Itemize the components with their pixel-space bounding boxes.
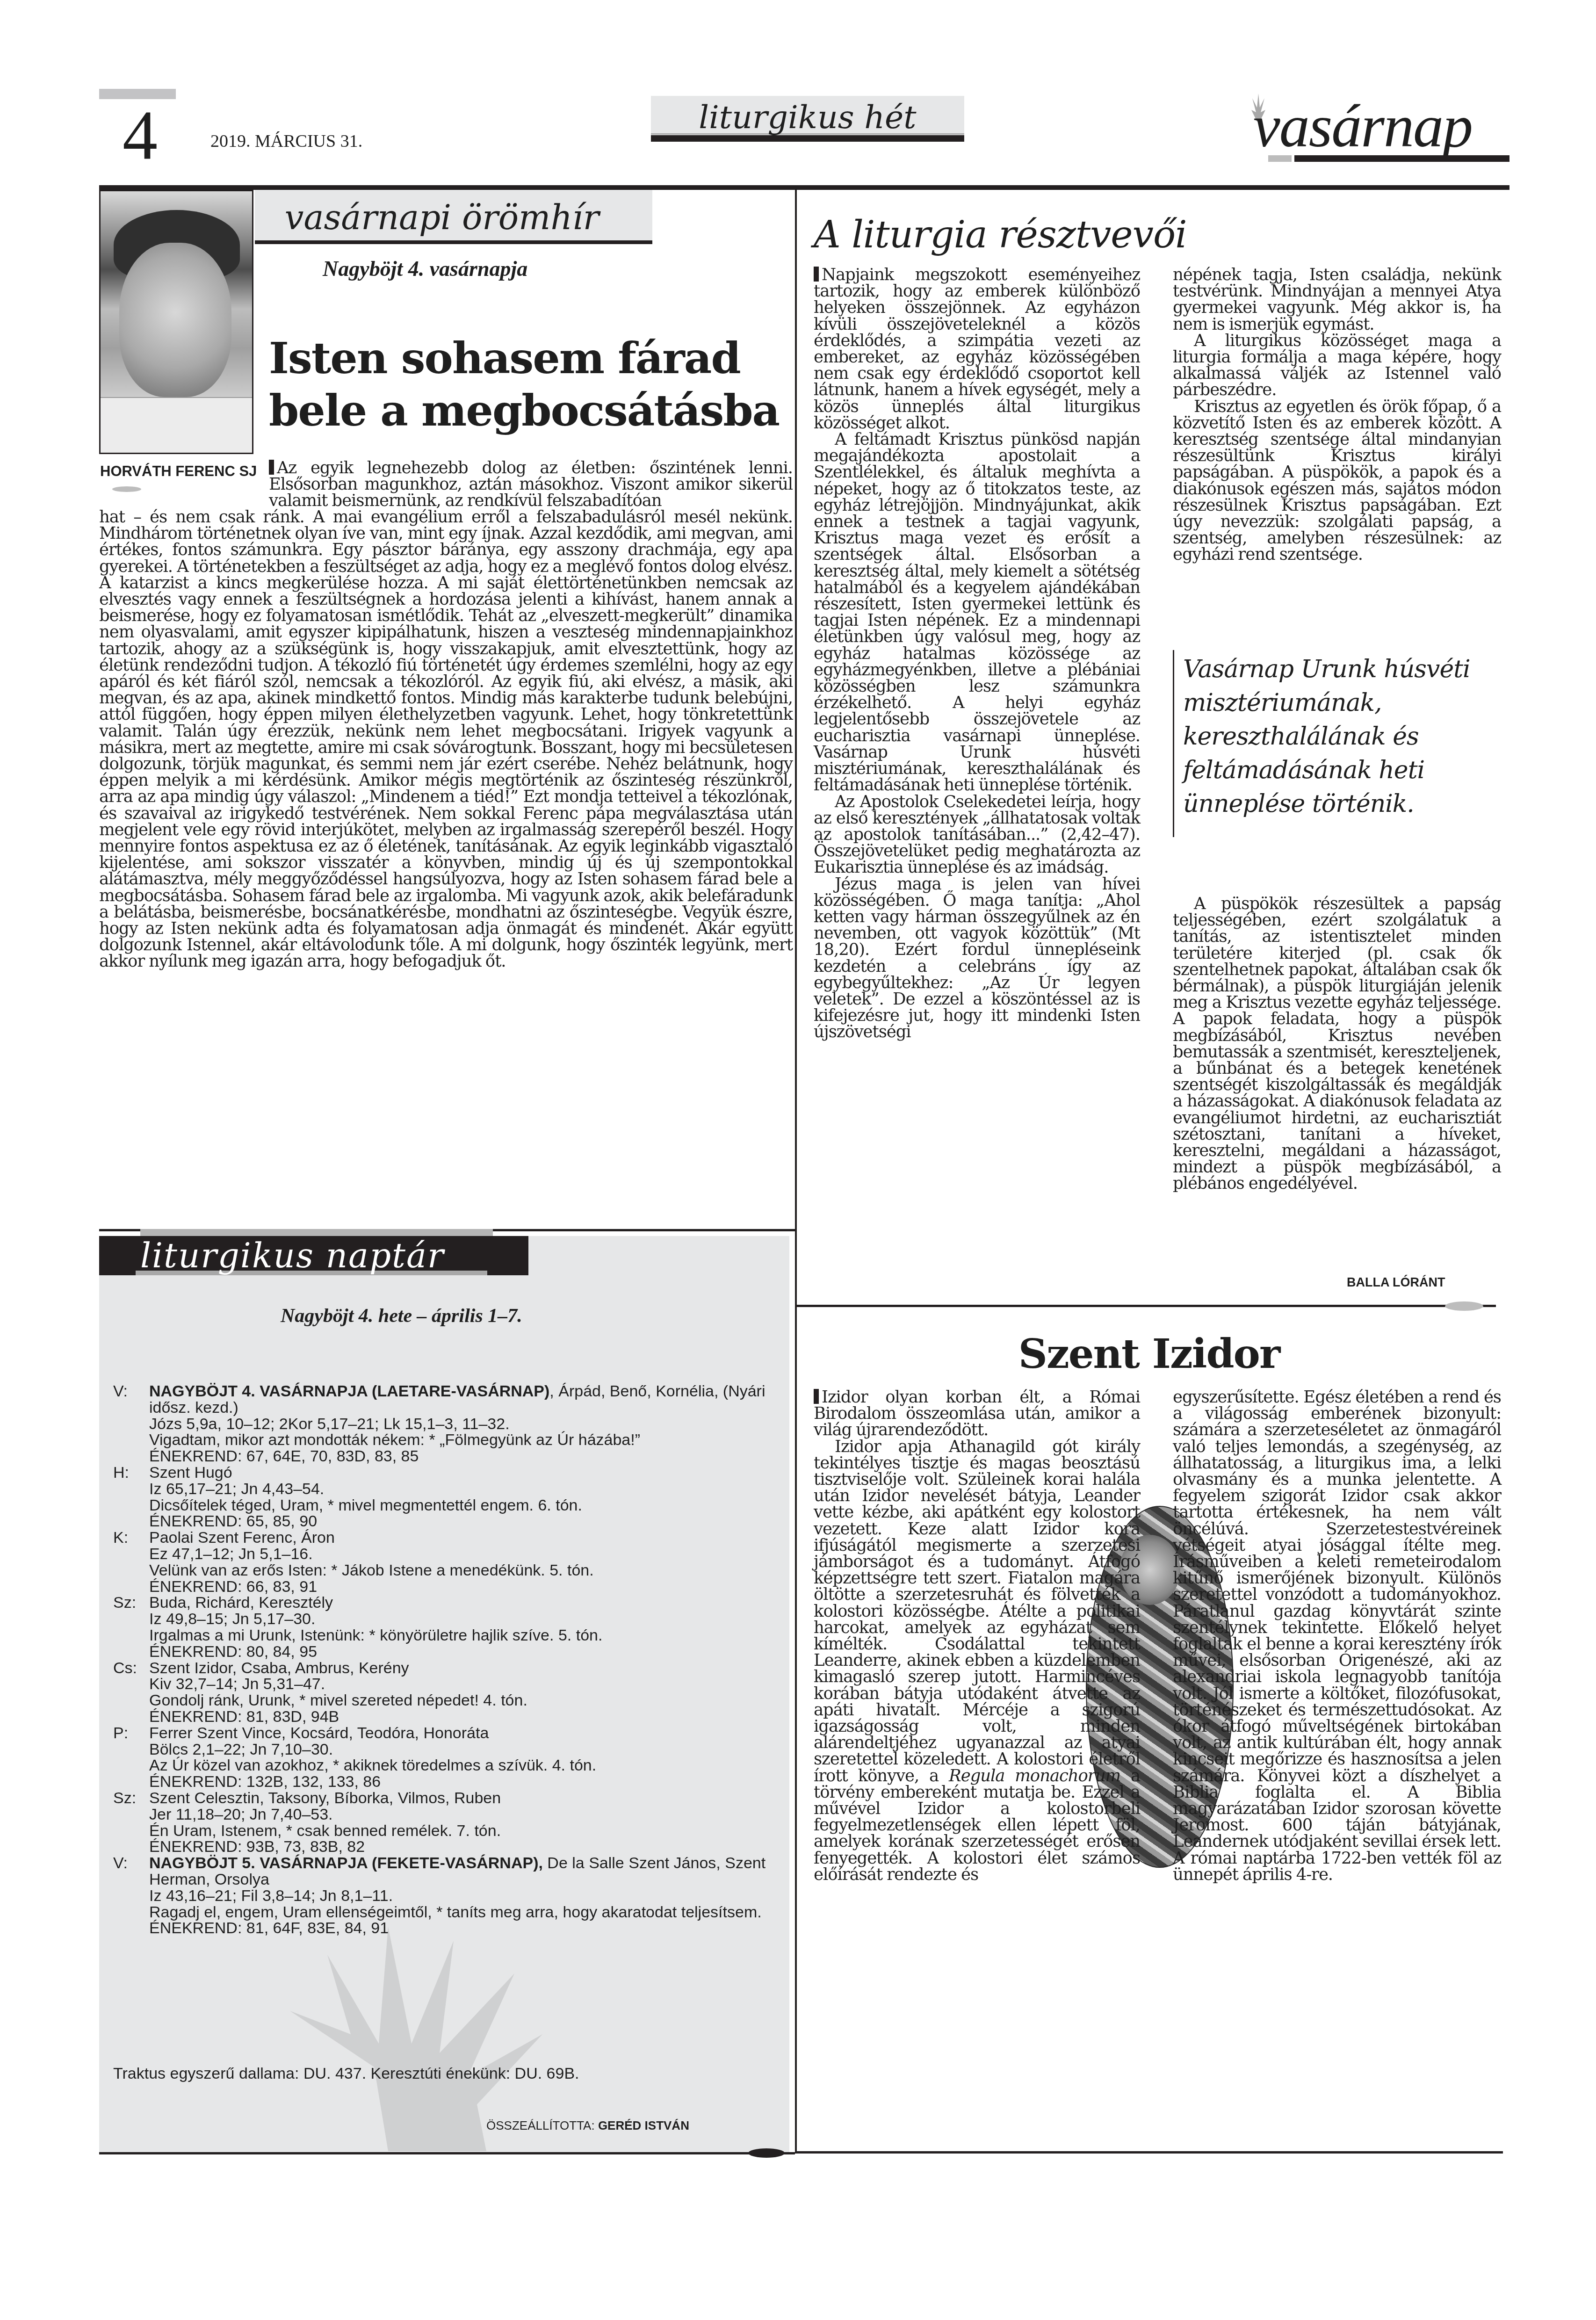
antiphon: Ragadj el, engem, Uram ellenségeimtől, *…: [149, 1904, 782, 1921]
article-intro: Az egyik legnehezebb dolog az életben: ő…: [269, 460, 793, 509]
newspaper-logo: vasárnap: [1253, 96, 1472, 157]
day-abbrev: Cs:: [113, 1660, 149, 1725]
paragraph-marker-icon: [814, 267, 819, 282]
bottom-rule: [795, 2151, 1503, 2154]
calendar-bottom-rule: [99, 2152, 795, 2154]
calendar-footer: Traktus egyszerű dallama: DU. 437. Keres…: [113, 2065, 579, 2083]
article-column-2: népének tagja, Isten családja, nekünk te…: [1173, 267, 1501, 563]
antiphon: Irgalmas a mi Urunk, Istenünk: * könyörü…: [149, 1627, 782, 1644]
article-title: Szent Izidor: [797, 1330, 1501, 1378]
calendar-week: Nagyböjt 4. hete – április 1–7.: [281, 1305, 522, 1327]
calendar-day: Sz: Buda, Richárd, Keresztély Iz 49,8–15…: [113, 1595, 782, 1660]
day-abbrev: K:: [113, 1530, 149, 1595]
paragraph-marker-icon: [269, 460, 274, 475]
calendar-day: Cs: Szent Izidor, Csaba, Ambrus, Kerény …: [113, 1660, 782, 1725]
hymns: ÉNEKREND: 132B, 132, 133, 86: [149, 1774, 782, 1790]
readings: Kiv 32,7–14; Jn 5,31–47.: [149, 1676, 782, 1692]
calendar-credit: ÖSSZEÁLLÍTOTTA: GERÉD ISTVÁN: [486, 2118, 689, 2133]
hand-watermark-icon: [234, 1927, 655, 2151]
article-subtitle: Nagyböjt 4. vasárnapja: [323, 256, 527, 281]
article-column-2-continued: A püspökök részesültek a papság teljessé…: [1173, 896, 1501, 1192]
name-days: Paolai Szent Ferenc, Áron: [149, 1530, 782, 1546]
antiphon: Dicsőítelek téged, Uram, * mivel megment…: [149, 1497, 782, 1514]
name-days: Ferrer Szent Vince, Kocsárd, Teodóra, Ho…: [149, 1725, 782, 1742]
rule-ornament: [748, 2148, 785, 2158]
feast-title: NAGYBÖJT 4. VASÁRNAPJA (LAETARE-VASÁRNAP…: [149, 1382, 549, 1400]
readings: Iz 49,8–15; Jn 5,17–30.: [149, 1611, 782, 1627]
hymns: ÉNEKREND: 65, 85, 90: [149, 1513, 782, 1530]
logo-underline-gray: [1268, 155, 1292, 162]
calendar-day: V: NAGYBÖJT 4. VASÁRNAPJA (LAETARE-VASÁR…: [113, 1383, 782, 1465]
section-divider: [797, 1305, 1496, 1307]
photo-face: [119, 243, 231, 397]
hymns: ÉNEKREND: 67, 64E, 70, 83D, 83, 85: [149, 1448, 782, 1465]
hymns: ÉNEKREND: 81, 83D, 94B: [149, 1709, 782, 1725]
antiphon: Én Uram, Istenem, * csak benned remélek.…: [149, 1823, 782, 1839]
antiphon: Vigadtam, mikor azt mondották nékem: * „…: [149, 1432, 782, 1448]
calendar-list: V: NAGYBÖJT 4. VASÁRNAPJA (LAETARE-VASÁR…: [113, 1383, 782, 1937]
readings: Ez 47,1–12; Jn 5,1–16.: [149, 1546, 782, 1562]
article-column-1: Napjaink megszokott eseményeihez tartozi…: [814, 267, 1140, 1041]
calendar-title: liturgikus naptár: [140, 1235, 444, 1277]
name-days: Szent Hugó: [149, 1465, 782, 1481]
name-days: Buda, Richárd, Keresztély: [149, 1595, 782, 1611]
top-rule: [99, 185, 1509, 190]
day-abbrev: Sz:: [113, 1790, 149, 1855]
readings: Jer 11,18–20; Jn 7,40–53.: [149, 1807, 782, 1823]
article-body: hat – és nem csak ránk. A mai evangélium…: [99, 509, 793, 970]
article-column-1: Izidor olyan korban élt, a Római Birodal…: [814, 1389, 1140, 1883]
day-abbrev: P:: [113, 1725, 149, 1790]
pull-quote-rule: [1173, 650, 1174, 837]
readings: Iz 65,17–21; Jn 4,43–54.: [149, 1481, 782, 1497]
hymns: ÉNEKREND: 81, 64F, 83E, 84, 91: [149, 1920, 782, 1937]
antiphon: Velünk van az erős Isten: * Jákob Istene…: [149, 1562, 782, 1579]
calendar-day: V: NAGYBÖJT 5. VASÁRNAPJA (FEKETE-VASÁRN…: [113, 1855, 782, 1937]
antiphon: Az Úr közel van azokhoz, * akiknek töred…: [149, 1757, 782, 1774]
calendar-day: Sz: Szent Celesztin, Taksony, Bíborka, V…: [113, 1790, 782, 1855]
author-byline: HORVÁTH FERENC SJ: [100, 463, 257, 480]
page-number: 4: [123, 101, 158, 171]
name-days: Szent Izidor, Csaba, Ambrus, Kerény: [149, 1660, 782, 1677]
readings: Iz 43,16–21; Fil 3,8–14; Jn 8,1–11.: [149, 1888, 782, 1904]
byline-ornament: [112, 486, 141, 492]
column-divider: [795, 190, 797, 2152]
readings: Bölcs 2,1–22; Jn 7,10–30.: [149, 1742, 782, 1758]
readings: Józs 5,9a, 10–12; 2Kor 5,17–21; Lk 15,1–…: [149, 1416, 782, 1432]
calendar-day: P: Ferrer Szent Vince, Kocsárd, Teodóra,…: [113, 1725, 782, 1790]
day-abbrev: V:: [113, 1855, 149, 1937]
hymns: ÉNEKREND: 80, 84, 95: [149, 1644, 782, 1660]
calendar-compiler: GERÉD ISTVÁN: [598, 2118, 689, 2132]
pull-quote: Vasárnap Urunk húsvéti misztériumának, k…: [1183, 652, 1510, 821]
day-abbrev: Sz:: [113, 1595, 149, 1660]
section-header-title: liturgikus hét: [651, 99, 964, 137]
hymns: ÉNEKREND: 66, 83, 91: [149, 1579, 782, 1595]
day-abbrev: V:: [113, 1383, 149, 1465]
issue-date: 2019. MÁRCIUS 31.: [210, 131, 362, 152]
article-headline: Isten sohasem fárad bele a megbocsátásba: [269, 332, 793, 437]
hymns: ÉNEKREND: 93B, 73, 83B, 82: [149, 1839, 782, 1855]
article-title: A liturgia résztvevői: [814, 213, 1187, 256]
author-byline: BALLA LÓRÁNT: [1347, 1275, 1445, 1290]
paragraph-marker-icon: [814, 1389, 819, 1404]
day-abbrev: H:: [113, 1465, 149, 1530]
calendar-day: H: Szent Hugó Iz 65,17–21; Jn 4,43–54. D…: [113, 1465, 782, 1530]
feast-title: NAGYBÖJT 5. VASÁRNAPJA (FEKETE-VASÁRNAP)…: [149, 1854, 543, 1872]
logo-underline-black: [1294, 155, 1509, 162]
name-days: Szent Celesztin, Taksony, Bíborka, Vilmo…: [149, 1790, 782, 1807]
antiphon: Gondolj ránk, Urunk, * mivel szereted né…: [149, 1692, 782, 1709]
photo-collar: [101, 397, 253, 454]
author-photo: [99, 190, 253, 454]
calendar-day: K: Paolai Szent Ferenc, Áron Ez 47,1–12;…: [113, 1530, 782, 1595]
column-label: vasárnapi örömhír: [255, 196, 629, 239]
rule-ornament: [1445, 1301, 1483, 1311]
article-column-2: egyszerűsítette. Egész életében a rend é…: [1173, 1389, 1501, 1883]
